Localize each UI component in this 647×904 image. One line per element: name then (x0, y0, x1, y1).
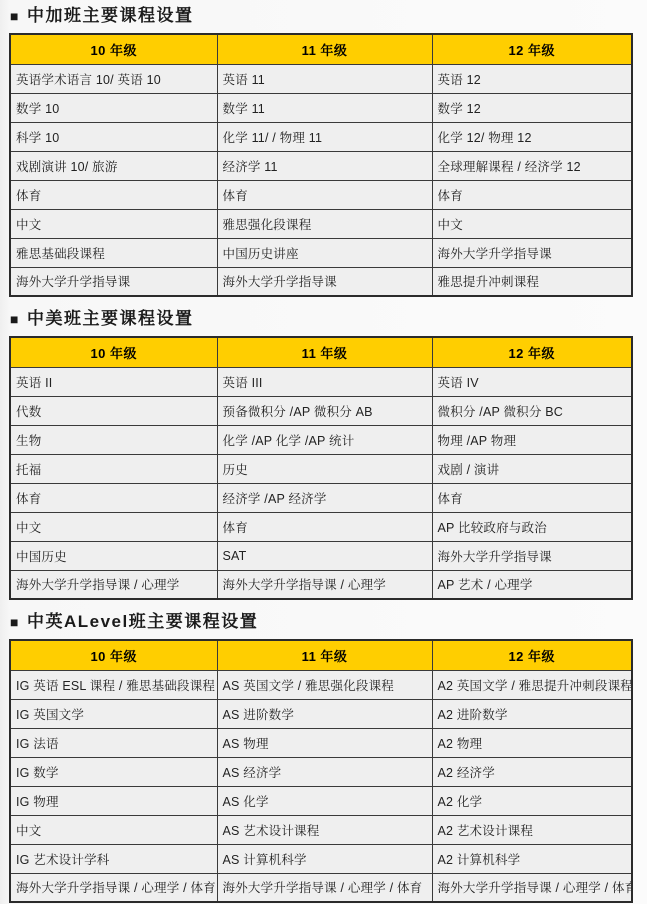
course-cell: 中文 (10, 512, 217, 541)
course-cell: 生物 (10, 425, 217, 454)
header-row: 10 年级 11 年级 12 年级 (10, 34, 632, 64)
course-cell: 微积分 /AP 微积分 BC (432, 396, 632, 425)
course-cell: AS 化学 (217, 786, 432, 815)
course-table-china-canada: 10 年级 11 年级 12 年级 英语学术语言 10/ 英语 10英语 11英… (9, 33, 633, 297)
section-china-canada: ■ 中加班主要课程设置 10 年级 11 年级 12 年级 英语学术语言 10/… (9, 6, 632, 297)
table-body: 英语学术语言 10/ 英语 10英语 11英语 12数学 10数学 11数学 1… (10, 64, 632, 296)
column-header-grade12: 12 年级 (432, 34, 632, 64)
column-header-grade12: 12 年级 (432, 640, 632, 670)
header-row: 10 年级 11 年级 12 年级 (10, 337, 632, 367)
section-china-us: ■ 中美班主要课程设置 10 年级 11 年级 12 年级 英语 II英语 II… (9, 309, 632, 600)
course-cell: 预备微积分 /AP 微积分 AB (217, 396, 432, 425)
course-cell: AS 物理 (217, 728, 432, 757)
course-cell: 英语 IV (432, 367, 632, 396)
course-cell: 中文 (10, 209, 217, 238)
column-header-grade10: 10 年级 (10, 337, 217, 367)
course-table-china-us: 10 年级 11 年级 12 年级 英语 II英语 III英语 IV代数预备微积… (9, 336, 633, 600)
course-cell: 英语 11 (217, 64, 432, 93)
course-cell: 海外大学升学指导课 (10, 267, 217, 296)
course-table-china-uk-alevel: 10 年级 11 年级 12 年级 IG 英语 ESL 课程 / 雅思基础段课程… (9, 639, 633, 903)
course-cell: 中国历史 (10, 541, 217, 570)
course-cell: 数学 11 (217, 93, 432, 122)
course-cell: IG 英国文学 (10, 699, 217, 728)
header-row: 10 年级 11 年级 12 年级 (10, 640, 632, 670)
table-row: 托福历史戏剧 / 演讲 (10, 454, 632, 483)
course-cell: 代数 (10, 396, 217, 425)
column-header-grade12: 12 年级 (432, 337, 632, 367)
course-cell: IG 艺术设计学科 (10, 844, 217, 873)
column-header-grade11: 11 年级 (217, 337, 432, 367)
table-row: 中国历史SAT海外大学升学指导课 (10, 541, 632, 570)
course-cell: 体育 (217, 512, 432, 541)
table-row: 中文体育AP 比较政府与政治 (10, 512, 632, 541)
course-cell: 海外大学升学指导课 (217, 267, 432, 296)
course-cell: IG 法语 (10, 728, 217, 757)
course-cell: 数学 12 (432, 93, 632, 122)
course-cell: IG 物理 (10, 786, 217, 815)
course-cell: A2 进阶数学 (432, 699, 632, 728)
page: ■ 中加班主要课程设置 10 年级 11 年级 12 年级 英语学术语言 10/… (0, 0, 647, 903)
course-cell: 化学 /AP 化学 /AP 统计 (217, 425, 432, 454)
course-cell: 英语 12 (432, 64, 632, 93)
course-cell: 经济学 11 (217, 151, 432, 180)
course-cell: 中文 (432, 209, 632, 238)
course-cell: A2 计算机科学 (432, 844, 632, 873)
course-cell: 体育 (217, 180, 432, 209)
course-cell: 化学 11/ / 物理 11 (217, 122, 432, 151)
column-header-grade11: 11 年级 (217, 34, 432, 64)
bullet-square-icon: ■ (10, 6, 20, 26)
course-cell: AS 经济学 (217, 757, 432, 786)
table-row: 体育体育体育 (10, 180, 632, 209)
course-cell: 数学 10 (10, 93, 217, 122)
course-cell: 历史 (217, 454, 432, 483)
table-body: IG 英语 ESL 课程 / 雅思基础段课程AS 英国文学 / 雅思强化段课程A… (10, 670, 632, 902)
course-cell: 雅思强化段课程 (217, 209, 432, 238)
table-row: 代数预备微积分 /AP 微积分 AB微积分 /AP 微积分 BC (10, 396, 632, 425)
bullet-square-icon: ■ (10, 612, 20, 632)
course-cell: 物理 /AP 物理 (432, 425, 632, 454)
section-title-text: 中美班主要课程设置 (27, 309, 194, 329)
course-cell: A2 物理 (432, 728, 632, 757)
course-cell: A2 经济学 (432, 757, 632, 786)
table-row: IG 英语 ESL 课程 / 雅思基础段课程AS 英国文学 / 雅思强化段课程A… (10, 670, 632, 699)
course-cell: 经济学 /AP 经济学 (217, 483, 432, 512)
course-cell: 体育 (10, 180, 217, 209)
bullet-square-icon: ■ (10, 309, 20, 329)
table-row: 中文雅思强化段课程中文 (10, 209, 632, 238)
column-header-grade10: 10 年级 (10, 640, 217, 670)
table-row: IG 物理AS 化学A2 化学 (10, 786, 632, 815)
table-row: 体育经济学 /AP 经济学体育 (10, 483, 632, 512)
table-row: IG 法语AS 物理A2 物理 (10, 728, 632, 757)
course-cell: 体育 (432, 483, 632, 512)
course-cell: 海外大学升学指导课 / 心理学 / 体育 (432, 873, 632, 902)
course-cell: AS 英国文学 / 雅思强化段课程 (217, 670, 432, 699)
section-title-text: 中加班主要课程设置 (27, 6, 194, 26)
course-cell: 海外大学升学指导课 / 心理学 (217, 570, 432, 599)
table-row: IG 数学AS 经济学A2 经济学 (10, 757, 632, 786)
course-cell: 英语 II (10, 367, 217, 396)
section-title: ■ 中英ALevel班主要课程设置 (10, 612, 632, 632)
course-cell: 海外大学升学指导课 / 心理学 / 体育 (217, 873, 432, 902)
course-cell: AS 计算机科学 (217, 844, 432, 873)
course-cell: 托福 (10, 454, 217, 483)
course-cell: 中文 (10, 815, 217, 844)
table-row: 英语学术语言 10/ 英语 10英语 11英语 12 (10, 64, 632, 93)
course-cell: 全球理解课程 / 经济学 12 (432, 151, 632, 180)
course-cell: AP 艺术 / 心理学 (432, 570, 632, 599)
course-cell: 体育 (10, 483, 217, 512)
course-cell: 雅思提升冲刺课程 (432, 267, 632, 296)
table-row: 海外大学升学指导课 / 心理学海外大学升学指导课 / 心理学AP 艺术 / 心理… (10, 570, 632, 599)
table-body: 英语 II英语 III英语 IV代数预备微积分 /AP 微积分 AB微积分 /A… (10, 367, 632, 599)
table-row: 数学 10数学 11数学 12 (10, 93, 632, 122)
course-cell: 戏剧演讲 10/ 旅游 (10, 151, 217, 180)
course-cell: 中国历史讲座 (217, 238, 432, 267)
course-cell: 雅思基础段课程 (10, 238, 217, 267)
section-china-uk-alevel: ■ 中英ALevel班主要课程设置 10 年级 11 年级 12 年级 IG 英… (9, 612, 632, 903)
course-cell: 戏剧 / 演讲 (432, 454, 632, 483)
course-cell: IG 数学 (10, 757, 217, 786)
table-row: 科学 10化学 11/ / 物理 11化学 12/ 物理 12 (10, 122, 632, 151)
column-header-grade10: 10 年级 (10, 34, 217, 64)
table-row: 生物化学 /AP 化学 /AP 统计物理 /AP 物理 (10, 425, 632, 454)
section-title-text: 中英ALevel班主要课程设置 (27, 612, 258, 632)
course-cell: A2 化学 (432, 786, 632, 815)
course-cell: 英语 III (217, 367, 432, 396)
course-cell: 化学 12/ 物理 12 (432, 122, 632, 151)
course-cell: 海外大学升学指导课 (432, 541, 632, 570)
course-cell: 英语学术语言 10/ 英语 10 (10, 64, 217, 93)
column-header-grade11: 11 年级 (217, 640, 432, 670)
course-cell: AP 比较政府与政治 (432, 512, 632, 541)
table-row: IG 英国文学AS 进阶数学A2 进阶数学 (10, 699, 632, 728)
section-title: ■ 中加班主要课程设置 (10, 6, 632, 26)
course-cell: 海外大学升学指导课 / 心理学 / 体育 (10, 873, 217, 902)
course-cell: 科学 10 (10, 122, 217, 151)
section-title: ■ 中美班主要课程设置 (10, 309, 632, 329)
table-row: IG 艺术设计学科AS 计算机科学A2 计算机科学 (10, 844, 632, 873)
course-cell: IG 英语 ESL 课程 / 雅思基础段课程 (10, 670, 217, 699)
course-cell: AS 进阶数学 (217, 699, 432, 728)
table-row: 海外大学升学指导课海外大学升学指导课雅思提升冲刺课程 (10, 267, 632, 296)
course-cell: AS 艺术设计课程 (217, 815, 432, 844)
course-cell: 体育 (432, 180, 632, 209)
table-row: 戏剧演讲 10/ 旅游经济学 11全球理解课程 / 经济学 12 (10, 151, 632, 180)
course-cell: SAT (217, 541, 432, 570)
course-cell: A2 英国文学 / 雅思提升冲刺段课程 (432, 670, 632, 699)
table-row: 海外大学升学指导课 / 心理学 / 体育海外大学升学指导课 / 心理学 / 体育… (10, 873, 632, 902)
table-row: 中文AS 艺术设计课程A2 艺术设计课程 (10, 815, 632, 844)
course-cell: 海外大学升学指导课 / 心理学 (10, 570, 217, 599)
table-row: 英语 II英语 III英语 IV (10, 367, 632, 396)
course-cell: 海外大学升学指导课 (432, 238, 632, 267)
course-cell: A2 艺术设计课程 (432, 815, 632, 844)
table-row: 雅思基础段课程中国历史讲座海外大学升学指导课 (10, 238, 632, 267)
